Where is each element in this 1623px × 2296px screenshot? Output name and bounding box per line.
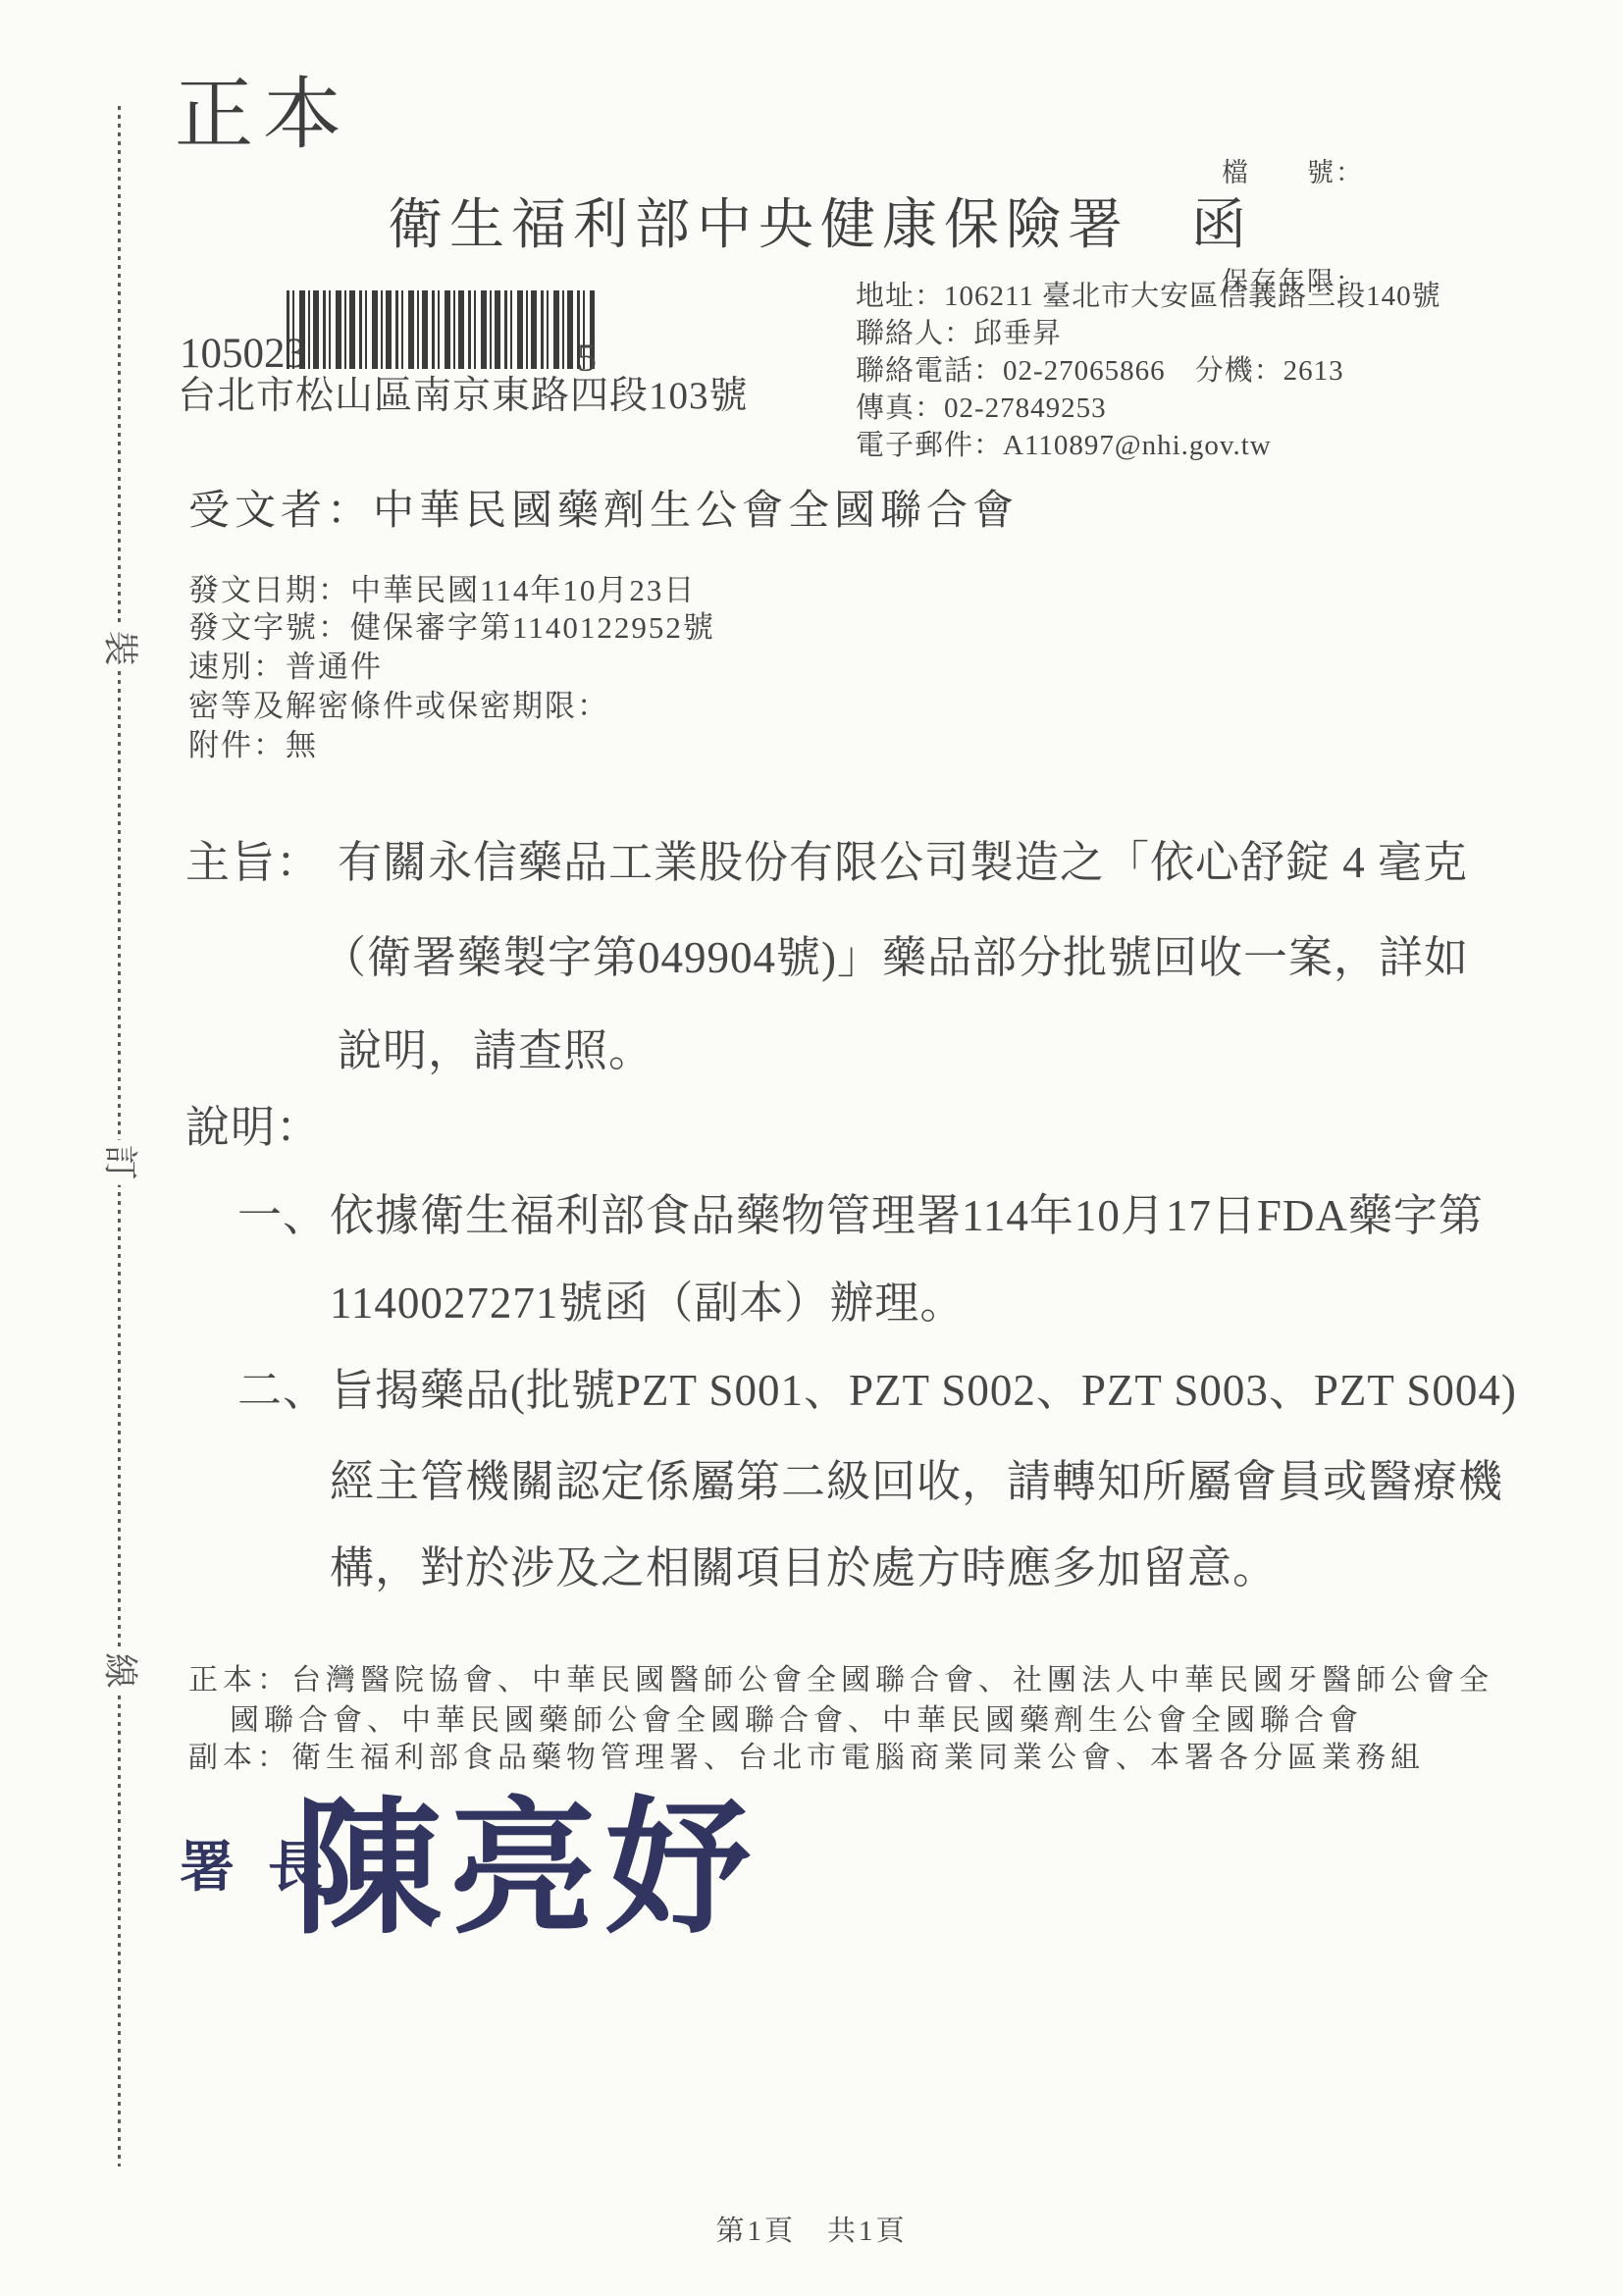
- contact-address: 地址：106211 臺北市大安區信義路三段140號: [856, 281, 1441, 313]
- page-number-footer: 第1頁 共1頁: [0, 2216, 1623, 2248]
- contact-email: 電子郵件：A110897@nhi.gov.tw: [856, 430, 1272, 462]
- subject-line-1: 有關永信藥品工業股份有限公司製造之「依心舒錠 4 毫克: [338, 838, 1468, 889]
- document-title: 衛生福利部中央健康保險署 函: [388, 194, 1253, 257]
- binding-dotted-line: [118, 106, 121, 2166]
- explanation-item-2-line-1: 旨揭藥品(批號PZT S001、PZT S002、PZT S003、PZT S0…: [330, 1366, 1517, 1417]
- contact-fax: 傳真：02-27849253: [856, 392, 1107, 425]
- issue-date: 發文日期：中華民國114年10月23日: [188, 573, 696, 608]
- contact-phone: 聯絡電話：02-27065866 分機：2613: [856, 355, 1344, 388]
- explanation-item-1-line-1: 依據衛生福利部食品藥物管理署114年10月17日FDA藥字第: [330, 1191, 1484, 1242]
- explanation-item-1-number: 一、: [237, 1191, 328, 1242]
- distribution-copy-line: 副本：衛生福利部食品藥物管理署、台北市電腦商業同業公會、本署各分區業務組: [188, 1742, 1425, 1776]
- official-letter-page: 裝 訂 線 正本 檔 號： 保存年限： 衛生福利部中央健康保險署 函 10502…: [0, 0, 1623, 2296]
- binding-mark-xian: 線: [95, 1648, 143, 1694]
- explanation-item-2-line-3: 構，對於涉及之相關項目於處方時應多加留意。: [330, 1543, 1278, 1594]
- explanation-label: 說明：: [185, 1103, 321, 1154]
- issue-number: 發文字號：健保審字第1140122952號: [188, 610, 715, 646]
- speed-class: 速別：普通件: [188, 650, 383, 685]
- mail-barcode: [287, 290, 595, 369]
- subject-label: 主旨：: [185, 838, 321, 889]
- subject-line-3: 說明，請查照。: [338, 1026, 654, 1077]
- explanation-item-2-number: 二、: [237, 1366, 328, 1417]
- security-class: 密等及解密條件或保密期限：: [188, 689, 609, 724]
- subject-line-2: （衛署藥製字第049904號)」藥品部分批號回收一案，詳如: [322, 933, 1469, 984]
- attachment-note: 附件：無: [188, 728, 318, 763]
- recipient-line: 受文者：中華民國藥劑生公會全國聯合會: [188, 488, 1019, 535]
- signature-name: 陳亮妤: [294, 1786, 759, 1956]
- copy-type-label: 正本: [175, 71, 351, 161]
- explanation-item-1-line-2: 1140027271號函（副本）辦理。: [330, 1278, 965, 1330]
- contact-person: 聯絡人：邱垂昇: [856, 318, 1062, 350]
- explanation-item-2-line-2: 經主管機關認定係屬第二級回收，請轉知所屬會員或醫療機: [330, 1457, 1503, 1508]
- mail-recipient-address: 台北市松山區南京東路四段103號: [178, 375, 749, 419]
- distribution-original-line-2: 國聯合會、中華民國藥師公會全國聯合會、中華民國藥劑生公會全國聯合會: [230, 1704, 1363, 1739]
- file-number-label: 檔 號：: [1222, 155, 1364, 191]
- distribution-original-line-1: 正本：台灣醫院協會、中華民國醫師公會全國聯合會、社團法人中華民國牙醫師公會全: [188, 1664, 1493, 1698]
- binding-mark-ding: 訂: [95, 1140, 143, 1185]
- binding-mark-zhuang: 裝: [95, 626, 143, 671]
